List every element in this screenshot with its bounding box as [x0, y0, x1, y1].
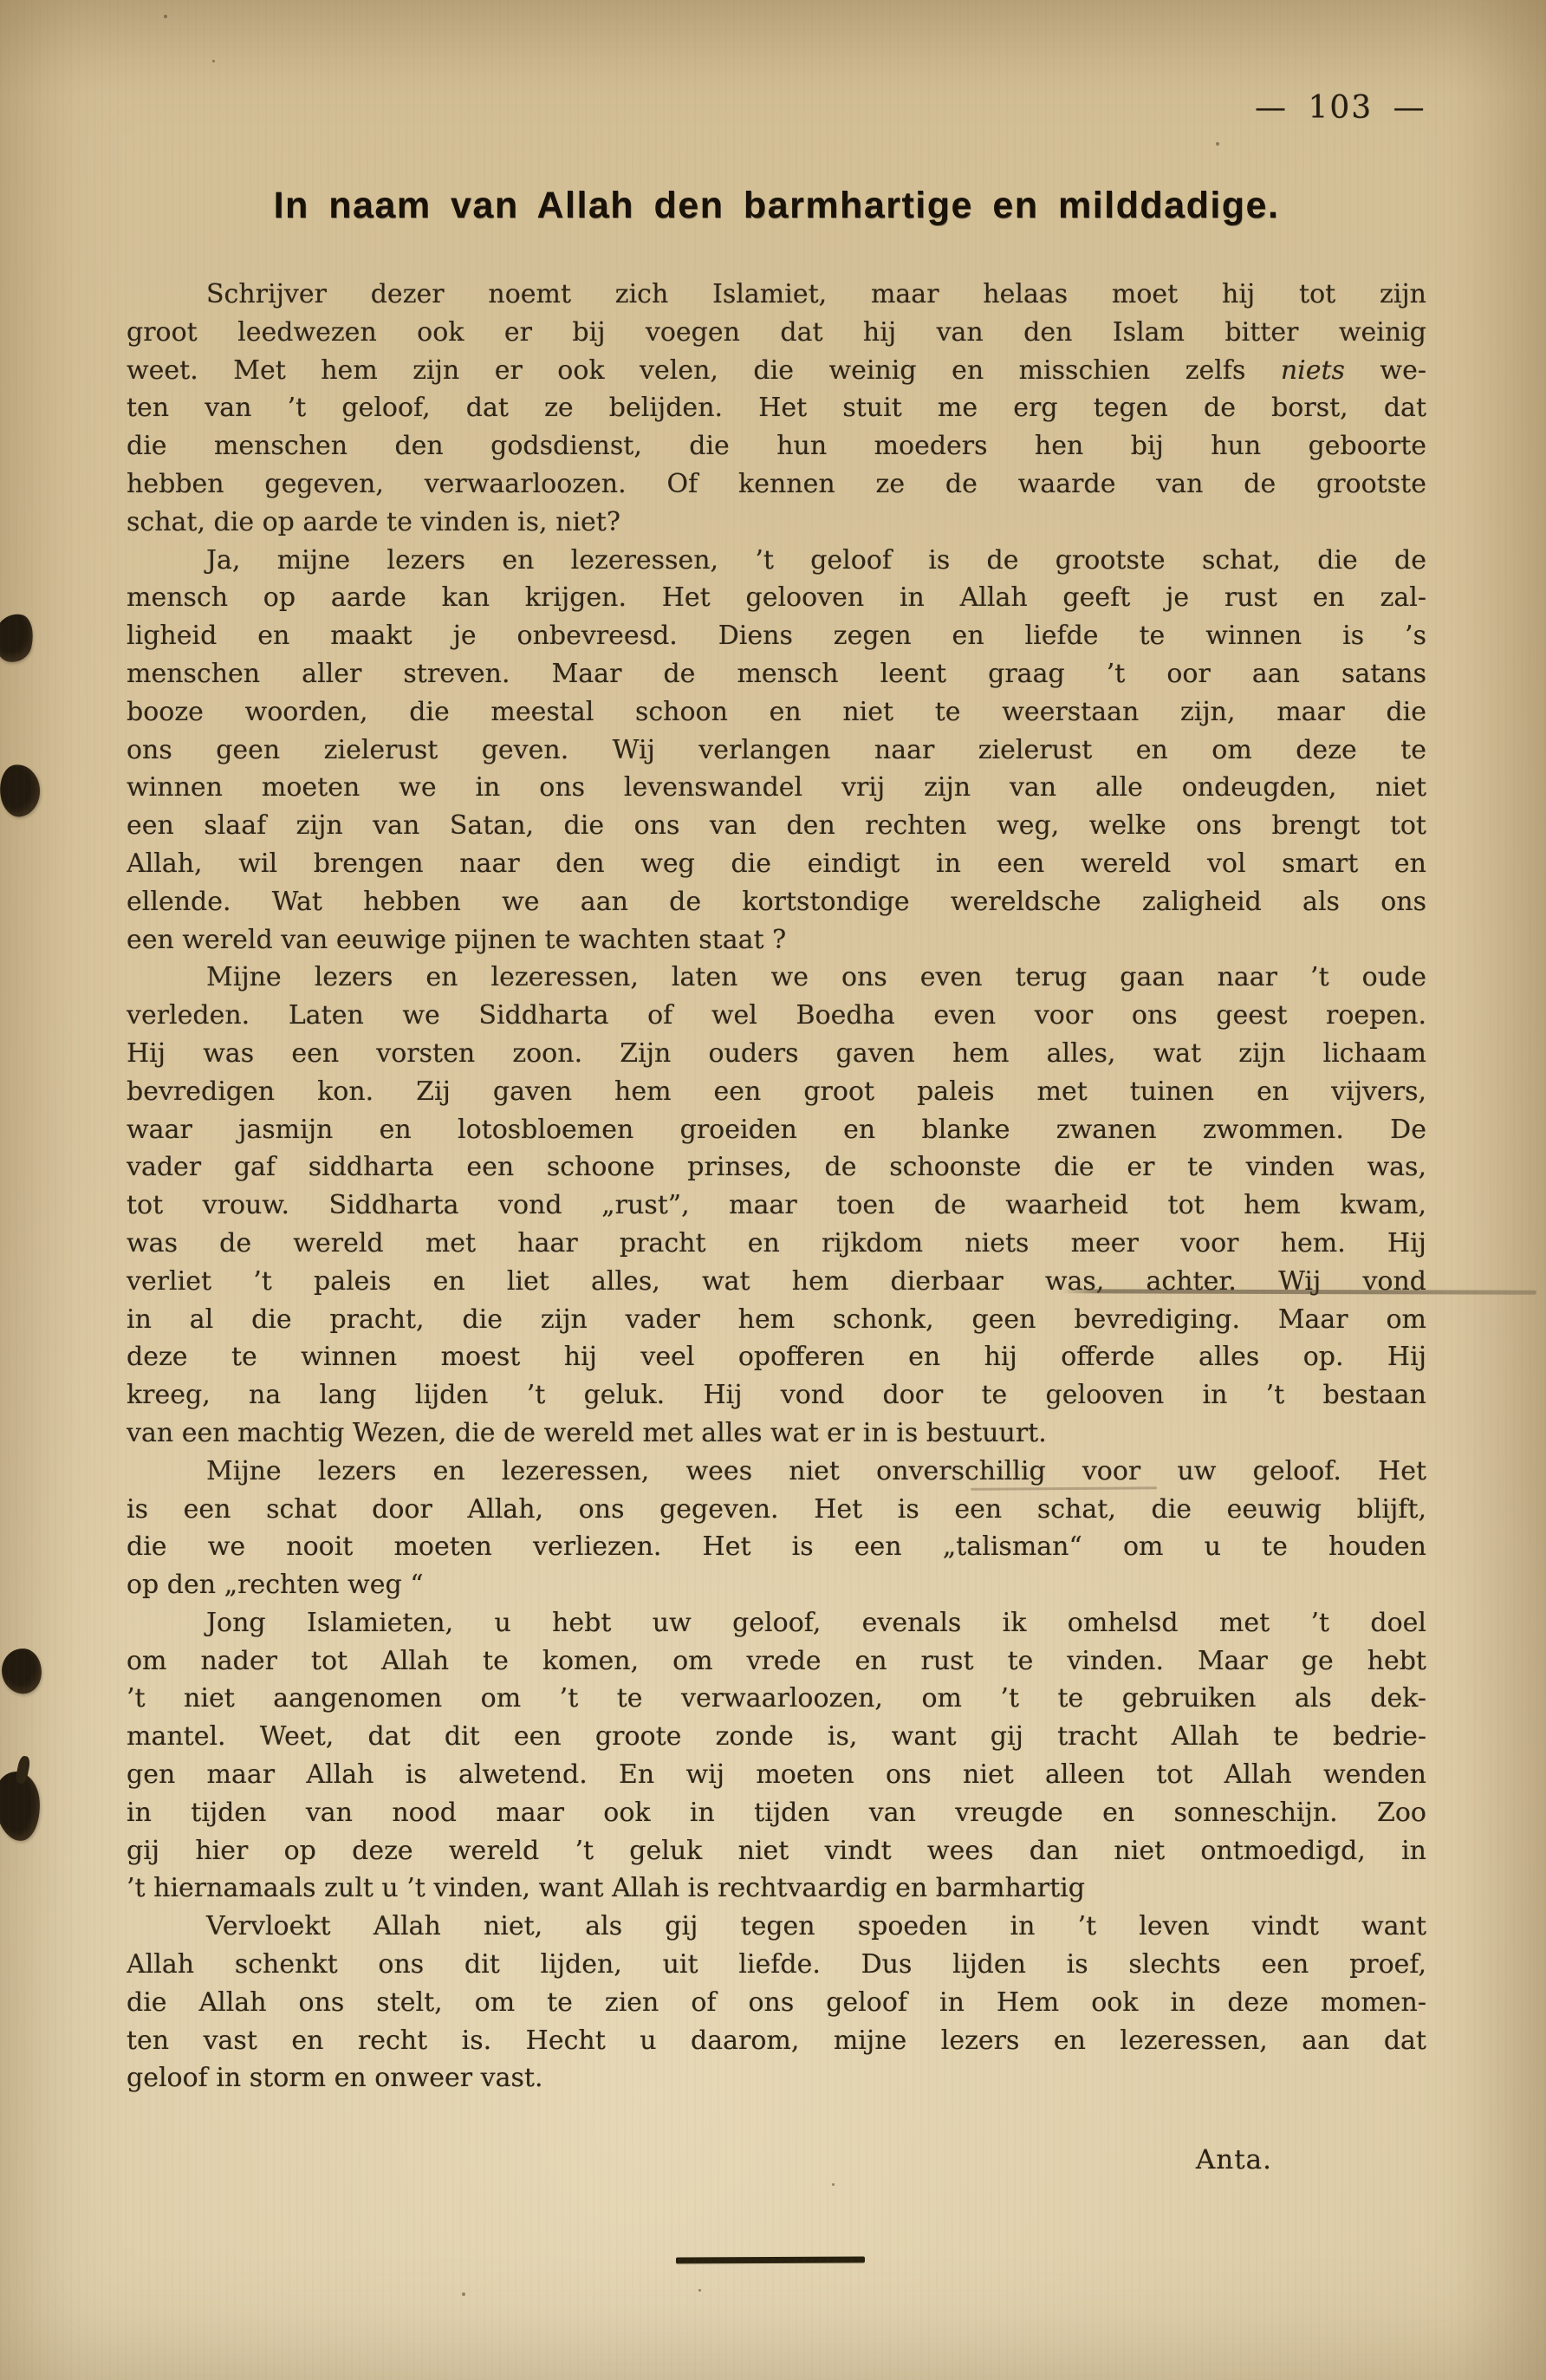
paper-speck [832, 2183, 835, 2186]
text-line: mensch op aarde kan krijgen. Het geloove… [127, 579, 1426, 617]
text-line: Ja, mijne lezers en lezeressen, ’t geloo… [127, 542, 1426, 580]
text-line: Vervloekt Allah niet, als gij tegen spoe… [127, 1908, 1426, 1946]
scanned-page: — 103 — In naam van Allah den barmhartig… [0, 0, 1546, 2380]
ink-blot [0, 610, 37, 666]
text-line: ten van ’t geloof, dat ze belijden. Het … [127, 389, 1426, 427]
text-line: groot leedwezen ook er bij voegen dat hi… [127, 314, 1426, 352]
text-line: om nader tot Allah te komen, om vrede en… [127, 1642, 1426, 1681]
text-line: in tijden van nood maar ook in tijden va… [127, 1794, 1426, 1832]
text-line: die we nooit moeten verliezen. Het is ee… [127, 1528, 1426, 1566]
text-line: een wereld van eeuwige pijnen te wachten… [127, 921, 1426, 959]
text-line: verliet ’t paleis en liet alles, wat hem… [127, 1263, 1426, 1301]
text-line: deze te winnen moest hij veel opofferen … [127, 1338, 1426, 1376]
text-line: tot vrouw. Siddharta vond „rust”, maar t… [127, 1187, 1426, 1225]
text-line: is een schat door Allah, ons gegeven. He… [127, 1491, 1426, 1529]
text-line: ellende. Wat hebben we aan de kortstondi… [127, 883, 1426, 921]
text-line: schat, die op aarde te vinden is, niet? [127, 504, 1426, 542]
page-title: In naam van Allah den barmhartige en mil… [127, 185, 1426, 227]
text-line: verleden. Laten we Siddharta of wel Boed… [127, 997, 1426, 1035]
ink-blot [0, 762, 43, 819]
text-line: vader gaf siddharta een schoone prinses,… [127, 1148, 1426, 1187]
text-line: Schrijver dezer noemt zich Islamiet, maa… [127, 276, 1426, 314]
text-line: bevredigen kon. Zij gaven hem een groot … [127, 1073, 1426, 1111]
text-line: op den „rechten weg “ [127, 1566, 1426, 1604]
text-line: booze woorden, die meestal schoon en nie… [127, 693, 1426, 732]
text-line: ons geen zielerust geven. Wij verlangen … [127, 732, 1426, 770]
end-rule [676, 2256, 865, 2263]
paper-speck [698, 2289, 701, 2292]
text-line: winnen moeten we in ons levenswandel vri… [127, 769, 1426, 807]
text-line: die menschen den godsdienst, die hun moe… [127, 427, 1426, 465]
text-line: Jong Islamieten, u hebt uw geloof, evena… [127, 1604, 1426, 1642]
text-line: die Allah ons stelt, om te zien of ons g… [127, 1984, 1426, 2022]
text-line: ligheid en maakt je onbevreesd. Diens ze… [127, 617, 1426, 655]
page-number: — 103 — [1255, 90, 1426, 126]
text-line: een slaaf zijn van Satan, die ons van de… [127, 807, 1426, 845]
text-line: Allah schenkt ons dit lijden, uit liefde… [127, 1946, 1426, 1984]
paper-speck [1216, 142, 1219, 146]
paper-speck [212, 60, 215, 62]
text-line: waar jasmijn en lotosbloemen groeiden en… [127, 1111, 1426, 1149]
text-line: kreeg, na lang lijden ’t geluk. Hij vond… [127, 1376, 1426, 1414]
ink-blot [0, 1647, 43, 1695]
text-line: gij hier op deze wereld ’t geluk niet vi… [127, 1832, 1426, 1870]
body-text: Schrijver dezer noemt zich Islamiet, maa… [127, 276, 1426, 2097]
text-line: mantel. Weet, dat dit een groote zonde i… [127, 1718, 1426, 1756]
text-line: geloof in storm en onweer vast. [127, 2059, 1426, 2097]
text-line: Mijne lezers en lezeressen, laten we ons… [127, 959, 1426, 997]
text-line: in al die pracht, die zijn vader hem sch… [127, 1301, 1426, 1339]
text-line: was de wereld met haar pracht en rijkdom… [127, 1225, 1426, 1263]
text-line: ’t hiernamaals zult u ’t vinden, want Al… [127, 1870, 1426, 1908]
text-line: hebben gegeven, verwaarloozen. Of kennen… [127, 465, 1426, 504]
text-line: ’t niet aangenomen om ’t te verwaarlooze… [127, 1680, 1426, 1718]
paper-speck [164, 15, 167, 18]
text-line: Allah, wil brengen naar den weg die eind… [127, 845, 1426, 883]
text-line: Mijne lezers en lezeressen, wees niet on… [127, 1453, 1426, 1491]
text-line: van een machtig Wezen, die de wereld met… [127, 1414, 1426, 1453]
text-line: ten vast en recht is. Hecht u daarom, mi… [127, 2022, 1426, 2060]
text-line: gen maar Allah is alwetend. En wij moete… [127, 1756, 1426, 1794]
text-line: weet. Met hem zijn er ook velen, die wei… [127, 352, 1426, 390]
text-line: menschen aller streven. Maar de mensch l… [127, 655, 1426, 693]
author-signature: Anta. [1196, 2144, 1272, 2175]
paper-speck [462, 2292, 465, 2296]
text-line: Hij was een vorsten zoon. Zijn ouders ga… [127, 1035, 1426, 1073]
